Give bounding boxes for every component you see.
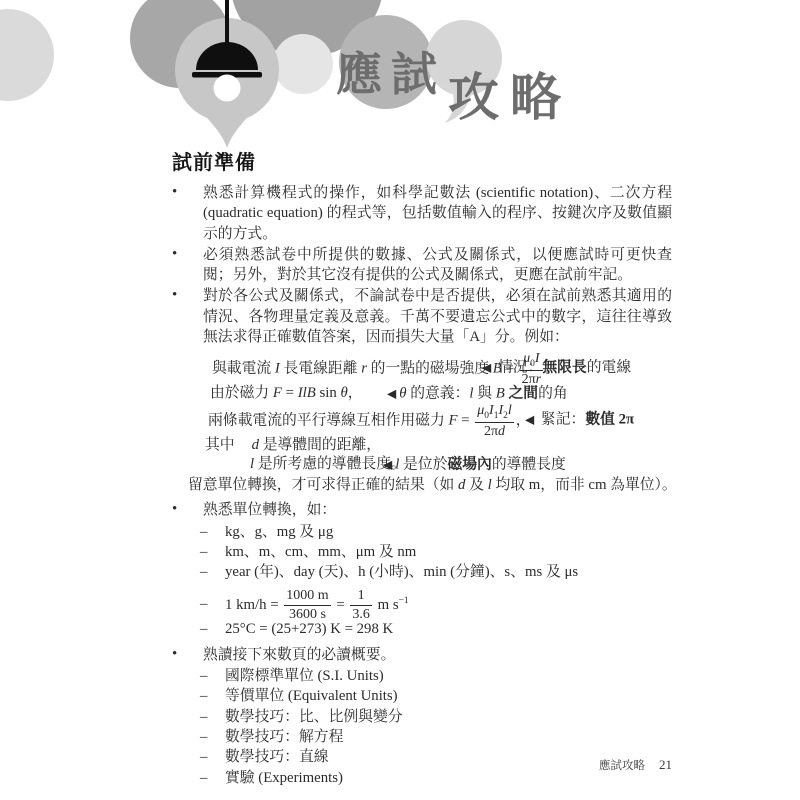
bullet-item: • 熟悉單位轉換，如： — [172, 500, 672, 520]
margin-annotation: ◀ 情況：無限長的電線 — [482, 351, 631, 384]
bullet-text: 對於各公式及關係式，不論試卷中是否提供，必須在試前熟悉其適用的情況、各物理量定義… — [203, 286, 672, 347]
bullet-marker: • — [172, 645, 203, 665]
page-title-part-2: 攻略 — [448, 56, 572, 130]
decorative-circle — [0, 9, 54, 101]
bullet-item: • 對於各公式及關係式，不論試卷中是否提供，必須在試前熟悉其適用的情況、各物理量… — [172, 286, 672, 347]
fraction: μ0I1I2l2πd — [475, 403, 514, 439]
section-title: 試前準備 — [172, 146, 672, 175]
unit-list-item-temperature: –25°C = (25+273) K = 298 K — [172, 619, 672, 639]
decorative-circle — [273, 34, 333, 94]
readlist-item: –數學技巧：比、比例與變分 — [172, 707, 672, 727]
dash-marker: – — [200, 727, 225, 747]
dash-marker: – — [200, 666, 225, 686]
bullet-marker: • — [172, 500, 203, 520]
formula-note-line: 其中d 是導體間的距離， — [172, 436, 672, 455]
fraction: 1000 m3600 s — [284, 588, 330, 621]
unit-conversion-note: 留意單位轉換，才可求得正確的結果（如 d 及 l 均取 m，而非 cm 為單位）… — [172, 474, 672, 496]
dash-marker: – — [200, 619, 225, 639]
fraction: 13.6 — [350, 588, 372, 621]
page-number: 21 — [659, 757, 672, 772]
unit-list-item-kmh-formula: –1 km/h = 1000 m3600 s = 13.6 m s−1 — [172, 583, 672, 619]
unit-list-item: –kg、g、mg 及 μg — [172, 522, 672, 542]
left-arrow-icon: ◀ — [387, 386, 396, 400]
bullet-item: • 熟悉計算機程式的操作，如科學記數法 (scientific notation… — [172, 183, 672, 244]
page-footer: 應試攻略21 — [0, 757, 672, 773]
bullet-text: 熟悉計算機程式的操作，如科學記數法 (scientific notation)、… — [203, 183, 672, 244]
readlist-item: –數學技巧：解方程 — [172, 727, 672, 747]
readlist-item: –國際標準單位 (S.I. Units) — [172, 666, 672, 686]
bullet-text: 必須熟悉試卷中所提供的數據、公式及關係式，以便應試時可更快查閱；另外，對於其它沒… — [203, 245, 672, 286]
readlist-item: –等價單位 (Equivalent Units) — [172, 686, 672, 706]
margin-annotation: ◀l 是位於磁場內的導體長度 — [383, 455, 566, 474]
book-page: 應試 攻略 試前準備 • 熟悉計算機程式的操作，如科學記數法 (scientif… — [0, 0, 800, 800]
footer-section-label: 應試攻略 — [599, 760, 645, 772]
dash-marker: – — [200, 562, 225, 582]
formula-line-magnetic-force: 由於磁力 F = IlB sin θ， ◀θ 的意義：l 與 B 之間的角 — [172, 384, 672, 403]
bullet-text: 熟悉單位轉換，如： — [203, 500, 672, 520]
page-title-part-1: 應試 — [336, 38, 446, 104]
formula-line-magnetic-field: 與載電流 I 長電線距離 r 的一點的磁場強度 B = μ0I2πr。 ◀ 情況… — [172, 351, 672, 384]
bullet-marker: • — [172, 286, 203, 347]
bullet-item: • 必須熟悉試卷中所提供的數據、公式及關係式，以便應試時可更快查閱；另外，對於其… — [172, 245, 672, 286]
dash-marker: – — [200, 686, 225, 706]
margin-annotation: ◀ 緊記：數值 2π — [525, 403, 634, 436]
left-arrow-icon: ◀ — [482, 360, 491, 374]
dash-marker: – — [200, 542, 225, 562]
left-arrow-icon: ◀ — [383, 457, 392, 471]
dash-marker: – — [200, 522, 225, 542]
left-arrow-icon: ◀ — [525, 412, 534, 426]
dash-marker: – — [200, 586, 225, 622]
bullet-item: • 熟讀接下來數頁的必讀概要。 — [172, 645, 672, 665]
bullet-text: 熟讀接下來數頁的必讀概要。 — [203, 645, 672, 665]
margin-annotation: ◀θ 的意義：l 與 B 之間的角 — [387, 384, 568, 403]
formula-note-line: l 是所考慮的導體長度。 ◀l 是位於磁場內的導體長度 — [172, 455, 672, 474]
unit-list-item: –year (年)、day (天)、h (小時)、min (分鐘)、s、ms 及… — [172, 562, 672, 582]
dash-marker: – — [200, 707, 225, 727]
bullet-marker: • — [172, 183, 203, 244]
unit-list-item: –km、m、cm、mm、μm 及 nm — [172, 542, 672, 562]
bullet-marker: • — [172, 245, 203, 286]
formula-line-parallel-wires: 兩條載電流的平行導線互相作用磁力 F = μ0I1I2l2πd， ◀ 緊記：數值… — [172, 403, 672, 436]
main-content: 試前準備 • 熟悉計算機程式的操作，如科學記數法 (scientific not… — [172, 146, 672, 788]
